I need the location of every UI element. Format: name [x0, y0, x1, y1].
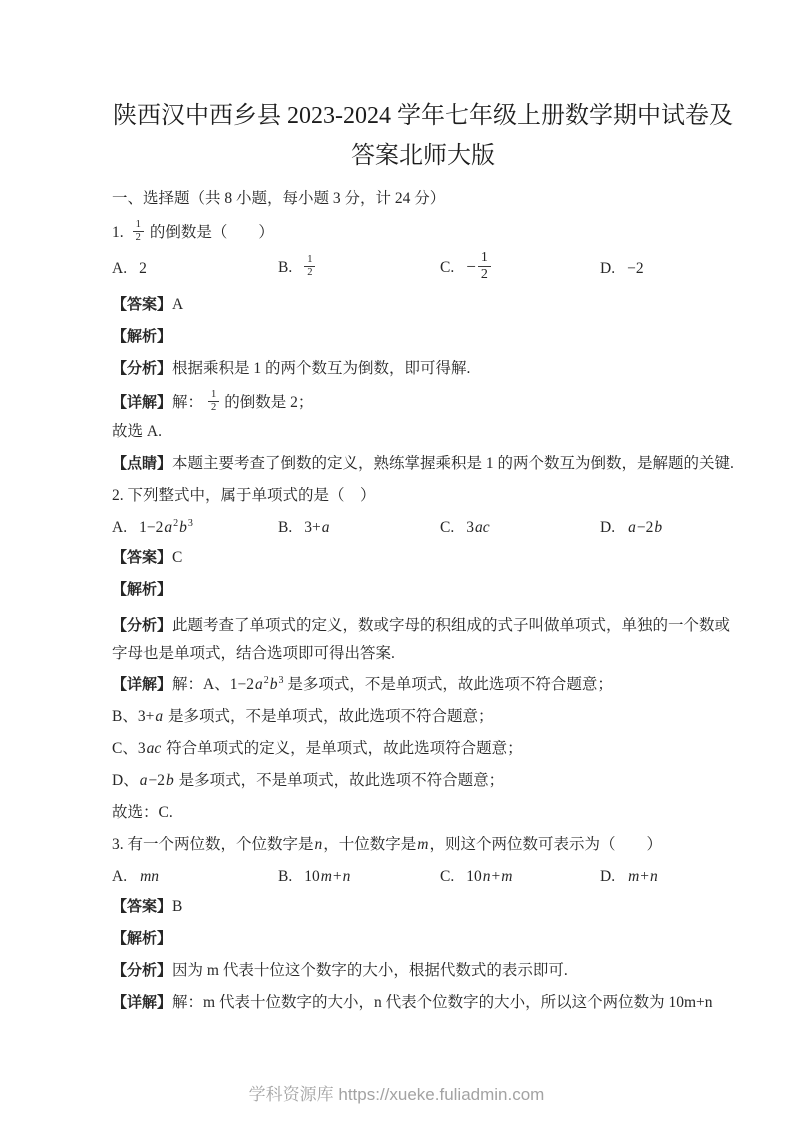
q1-analysis: 【分析】根据乘积是 1 的两个数互为倒数，即可得解.	[112, 359, 734, 379]
option-c-label: C.	[440, 868, 454, 885]
answer-tag: 【答案】	[112, 296, 172, 313]
title-line-1: 陕西汉中西乡县 2023-2024 学年七年级上册数学期中试卷及	[112, 96, 734, 136]
q3-detail: 【详解】解：m 代表十位数字的大小，n 代表个位数字的大小，所以这个两位数为 1…	[112, 993, 734, 1013]
stem-text: ，则这个两位数可表示为（ ）	[429, 836, 662, 853]
q3-analysis-heading: 【解析】	[112, 929, 734, 949]
math-var: a	[139, 772, 149, 789]
math-var: m	[416, 836, 429, 853]
q1-conclusion: 故选 A.	[112, 422, 734, 442]
math-var: m	[500, 868, 513, 885]
fraction-one-half: 12	[478, 250, 491, 283]
detail-prefix: 解：A、	[172, 676, 230, 693]
detail-tag: 【详解】	[112, 394, 172, 411]
math-var: b	[653, 519, 663, 536]
question-1-number: 1.	[112, 224, 124, 241]
q2-analysis: 【分析】此题考查了单项式的定义，数或字母的积组成的式子叫做单项式，单独的一个数或…	[112, 612, 734, 668]
math-text: +	[491, 868, 500, 885]
math-var: a	[254, 676, 264, 693]
math-text: +	[333, 868, 342, 885]
option-c-label: C.	[440, 259, 454, 276]
option-b-label: B.	[278, 868, 292, 885]
math-var: n	[482, 868, 492, 885]
math-text: 10	[304, 868, 320, 885]
math-var: n	[314, 836, 324, 853]
question-1-text: 的倒数是（ ）	[150, 224, 274, 241]
fraction-denominator: 2	[133, 231, 144, 244]
q3-analysis: 【分析】因为 m 代表十位这个数字的大小，根据代数式的表示即可.	[112, 961, 734, 981]
math-exponent: 2	[264, 675, 269, 686]
math-var: m	[627, 868, 640, 885]
fraction-numerator: 1	[304, 254, 315, 266]
detail-prefix: B、	[112, 708, 138, 725]
answer-tag: 【答案】	[112, 898, 172, 915]
detail-suffix: 是多项式，不是单项式，故此选项不符合题意；	[175, 772, 504, 789]
question-3-options: A.mn B.10m+n C.10n+m D.m+n	[112, 867, 734, 887]
fraction-denominator: 2	[208, 401, 219, 414]
math-var: a	[627, 519, 637, 536]
q2-detail-a: 【详解】解：A、1−2a2b3 是多项式，不是单项式，故此选项不符合题意；	[112, 675, 734, 695]
document-title: 陕西汉中西乡县 2023-2024 学年七年级上册数学期中试卷及 答案北师大版	[112, 96, 734, 176]
q2-detail-c: C、3ac 符合单项式的定义，是单项式，故此选项符合题意；	[112, 739, 734, 759]
detail-suffix: 是多项式，不是单项式，故此选项不符合题意；	[283, 676, 612, 693]
math-text: 1−2	[139, 519, 163, 536]
math-var: a	[321, 519, 331, 536]
math-text: 3	[138, 740, 146, 757]
math-var: m	[320, 868, 333, 885]
note-tag: 【点睛】	[112, 455, 172, 472]
fenxi-text: 因为 m 代表十位这个数字的大小，根据代数式的表示即可.	[172, 962, 568, 979]
fenxi-text: 根据乘积是 1 的两个数互为倒数，即可得解.	[172, 360, 470, 377]
math-var: a	[163, 519, 173, 536]
minus-sign: −	[466, 257, 476, 276]
question-1-option-c: C.−12	[440, 252, 600, 285]
option-a-label: A.	[112, 868, 127, 885]
analysis-tag: 【解析】	[112, 328, 172, 345]
note-text: 本题主要考查了倒数的定义，熟练掌握乘积是 1 的两个数互为倒数，是解题的关键.	[172, 455, 734, 472]
math-var: ac	[474, 519, 491, 536]
document-content: 陕西汉中西乡县 2023-2024 学年七年级上册数学期中试卷及 答案北师大版 …	[112, 96, 734, 1025]
fraction-one-half: 12	[208, 389, 219, 414]
detail-suffix: 符合单项式的定义，是单项式，故此选项符合题意；	[162, 740, 522, 757]
math-text: 10	[466, 868, 482, 885]
detail-prefix: C、	[112, 740, 138, 757]
math-var: ac	[146, 740, 163, 757]
section-heading: 一、选择题（共 8 小题，每小题 3 分，计 24 分）	[112, 189, 734, 209]
math-text: −2	[148, 772, 165, 789]
fraction-one-half: 12	[133, 219, 144, 244]
analysis-tag: 【解析】	[112, 930, 172, 947]
q2-detail-d: D、a−2b 是多项式，不是单项式，故此选项不符合题意；	[112, 771, 734, 791]
stem-text: 3. 有一个两位数，个位数字是	[112, 836, 314, 853]
answer-value: B	[172, 898, 182, 915]
question-3-option-c: C.10n+m	[440, 867, 600, 887]
option-d-label: D.	[600, 519, 615, 536]
fenxi-tag: 【分析】	[112, 360, 172, 377]
fenxi-tag: 【分析】	[112, 962, 172, 979]
detail-prefix: D、	[112, 772, 139, 789]
q1-detail: 【详解】解：12的倒数是 2；	[112, 391, 734, 416]
fraction-one-half: 12	[304, 254, 315, 279]
math-var: mn	[139, 868, 160, 885]
math-text: −2	[637, 519, 654, 536]
option-a-value: 2	[139, 260, 147, 277]
detail-suffix: 是多项式，不是单项式，故此选项不符合题意；	[164, 708, 493, 725]
fenxi-tag: 【分析】	[112, 617, 172, 634]
title-line-2: 答案北师大版	[112, 136, 734, 176]
question-3-option-a: A.mn	[112, 867, 278, 887]
q1-answer: 【答案】A	[112, 295, 734, 315]
answer-tag: 【答案】	[112, 549, 172, 566]
math-var: n	[342, 868, 352, 885]
question-2-option-a: A.1−2a2b3	[112, 518, 278, 538]
question-1-stem: 1.12的倒数是（ ）	[112, 221, 734, 246]
question-1-option-d: D.−2	[600, 259, 734, 279]
math-text: 3+	[138, 708, 155, 725]
math-text: 3+	[304, 519, 321, 536]
question-2-option-b: B.3+a	[278, 518, 440, 538]
fraction-numerator: 1	[208, 389, 219, 401]
q3-answer: 【答案】B	[112, 897, 734, 917]
option-a-label: A.	[112, 260, 127, 277]
answer-value: A	[172, 296, 183, 313]
fraction-denominator: 2	[478, 266, 491, 283]
option-d-label: D.	[600, 260, 615, 277]
footer-watermark: 学科资源库 https://xueke.fuliadmin.com	[0, 1080, 793, 1105]
detail-suffix: 的倒数是 2；	[224, 394, 313, 411]
math-var: n	[649, 868, 659, 885]
question-2-option-d: D.a−2b	[600, 518, 734, 538]
option-d-value: −2	[627, 260, 644, 277]
question-3-option-d: D.m+n	[600, 867, 734, 887]
math-var: a	[154, 708, 164, 725]
question-2-stem: 2. 下列整式中，属于单项式的是（ ）	[112, 486, 734, 506]
q1-note: 【点睛】本题主要考查了倒数的定义，熟练掌握乘积是 1 的两个数互为倒数，是解题的…	[112, 454, 734, 474]
math-var: b	[178, 519, 188, 536]
question-3-stem: 3. 有一个两位数，个位数字是n，十位数字是m，则这个两位数可表示为（ ）	[112, 835, 734, 855]
question-1-option-b: B.12	[278, 256, 440, 281]
option-b-label: B.	[278, 259, 292, 276]
detail-tag: 【详解】	[112, 994, 172, 1011]
fenxi-text: 此题考查了单项式的定义，数或字母的积组成的式子叫做单项式，单独的一个数或字母也是…	[112, 617, 730, 662]
question-1-options: A.2 B.12 C.−12 D.−2	[112, 252, 734, 285]
math-text: 1−2	[230, 676, 254, 693]
detail-text: 解：m 代表十位数字的大小，n 代表个位数字的大小，所以这个两位数为 10m+n	[172, 994, 712, 1011]
option-c-label: C.	[440, 519, 454, 536]
option-d-label: D.	[600, 868, 615, 885]
stem-text: ，十位数字是	[323, 836, 416, 853]
fraction-numerator: 1	[478, 250, 491, 266]
math-text: +	[640, 868, 649, 885]
fraction-denominator: 2	[304, 266, 315, 279]
question-2-options: A.1−2a2b3 B.3+a C.3ac D.a−2b	[112, 518, 734, 538]
detail-prefix: 解：	[172, 394, 203, 411]
math-exponent: 3	[188, 518, 193, 529]
option-a-label: A.	[112, 519, 127, 536]
answer-value: C	[172, 549, 182, 566]
q2-analysis-heading: 【解析】	[112, 580, 734, 600]
math-var: b	[269, 676, 279, 693]
q1-analysis-heading: 【解析】	[112, 327, 734, 347]
fraction-numerator: 1	[133, 219, 144, 231]
q2-answer: 【答案】C	[112, 548, 734, 568]
detail-tag: 【详解】	[112, 676, 172, 693]
analysis-tag: 【解析】	[112, 581, 172, 598]
q2-detail-b: B、3+a 是多项式，不是单项式，故此选项不符合题意；	[112, 707, 734, 727]
question-2-option-c: C.3ac	[440, 518, 600, 538]
option-b-label: B.	[278, 519, 292, 536]
math-var: b	[165, 772, 175, 789]
math-text: 3	[466, 519, 474, 536]
question-1-option-a: A.2	[112, 259, 278, 279]
question-3-option-b: B.10m+n	[278, 867, 440, 887]
q2-conclusion: 故选：C.	[112, 803, 734, 823]
